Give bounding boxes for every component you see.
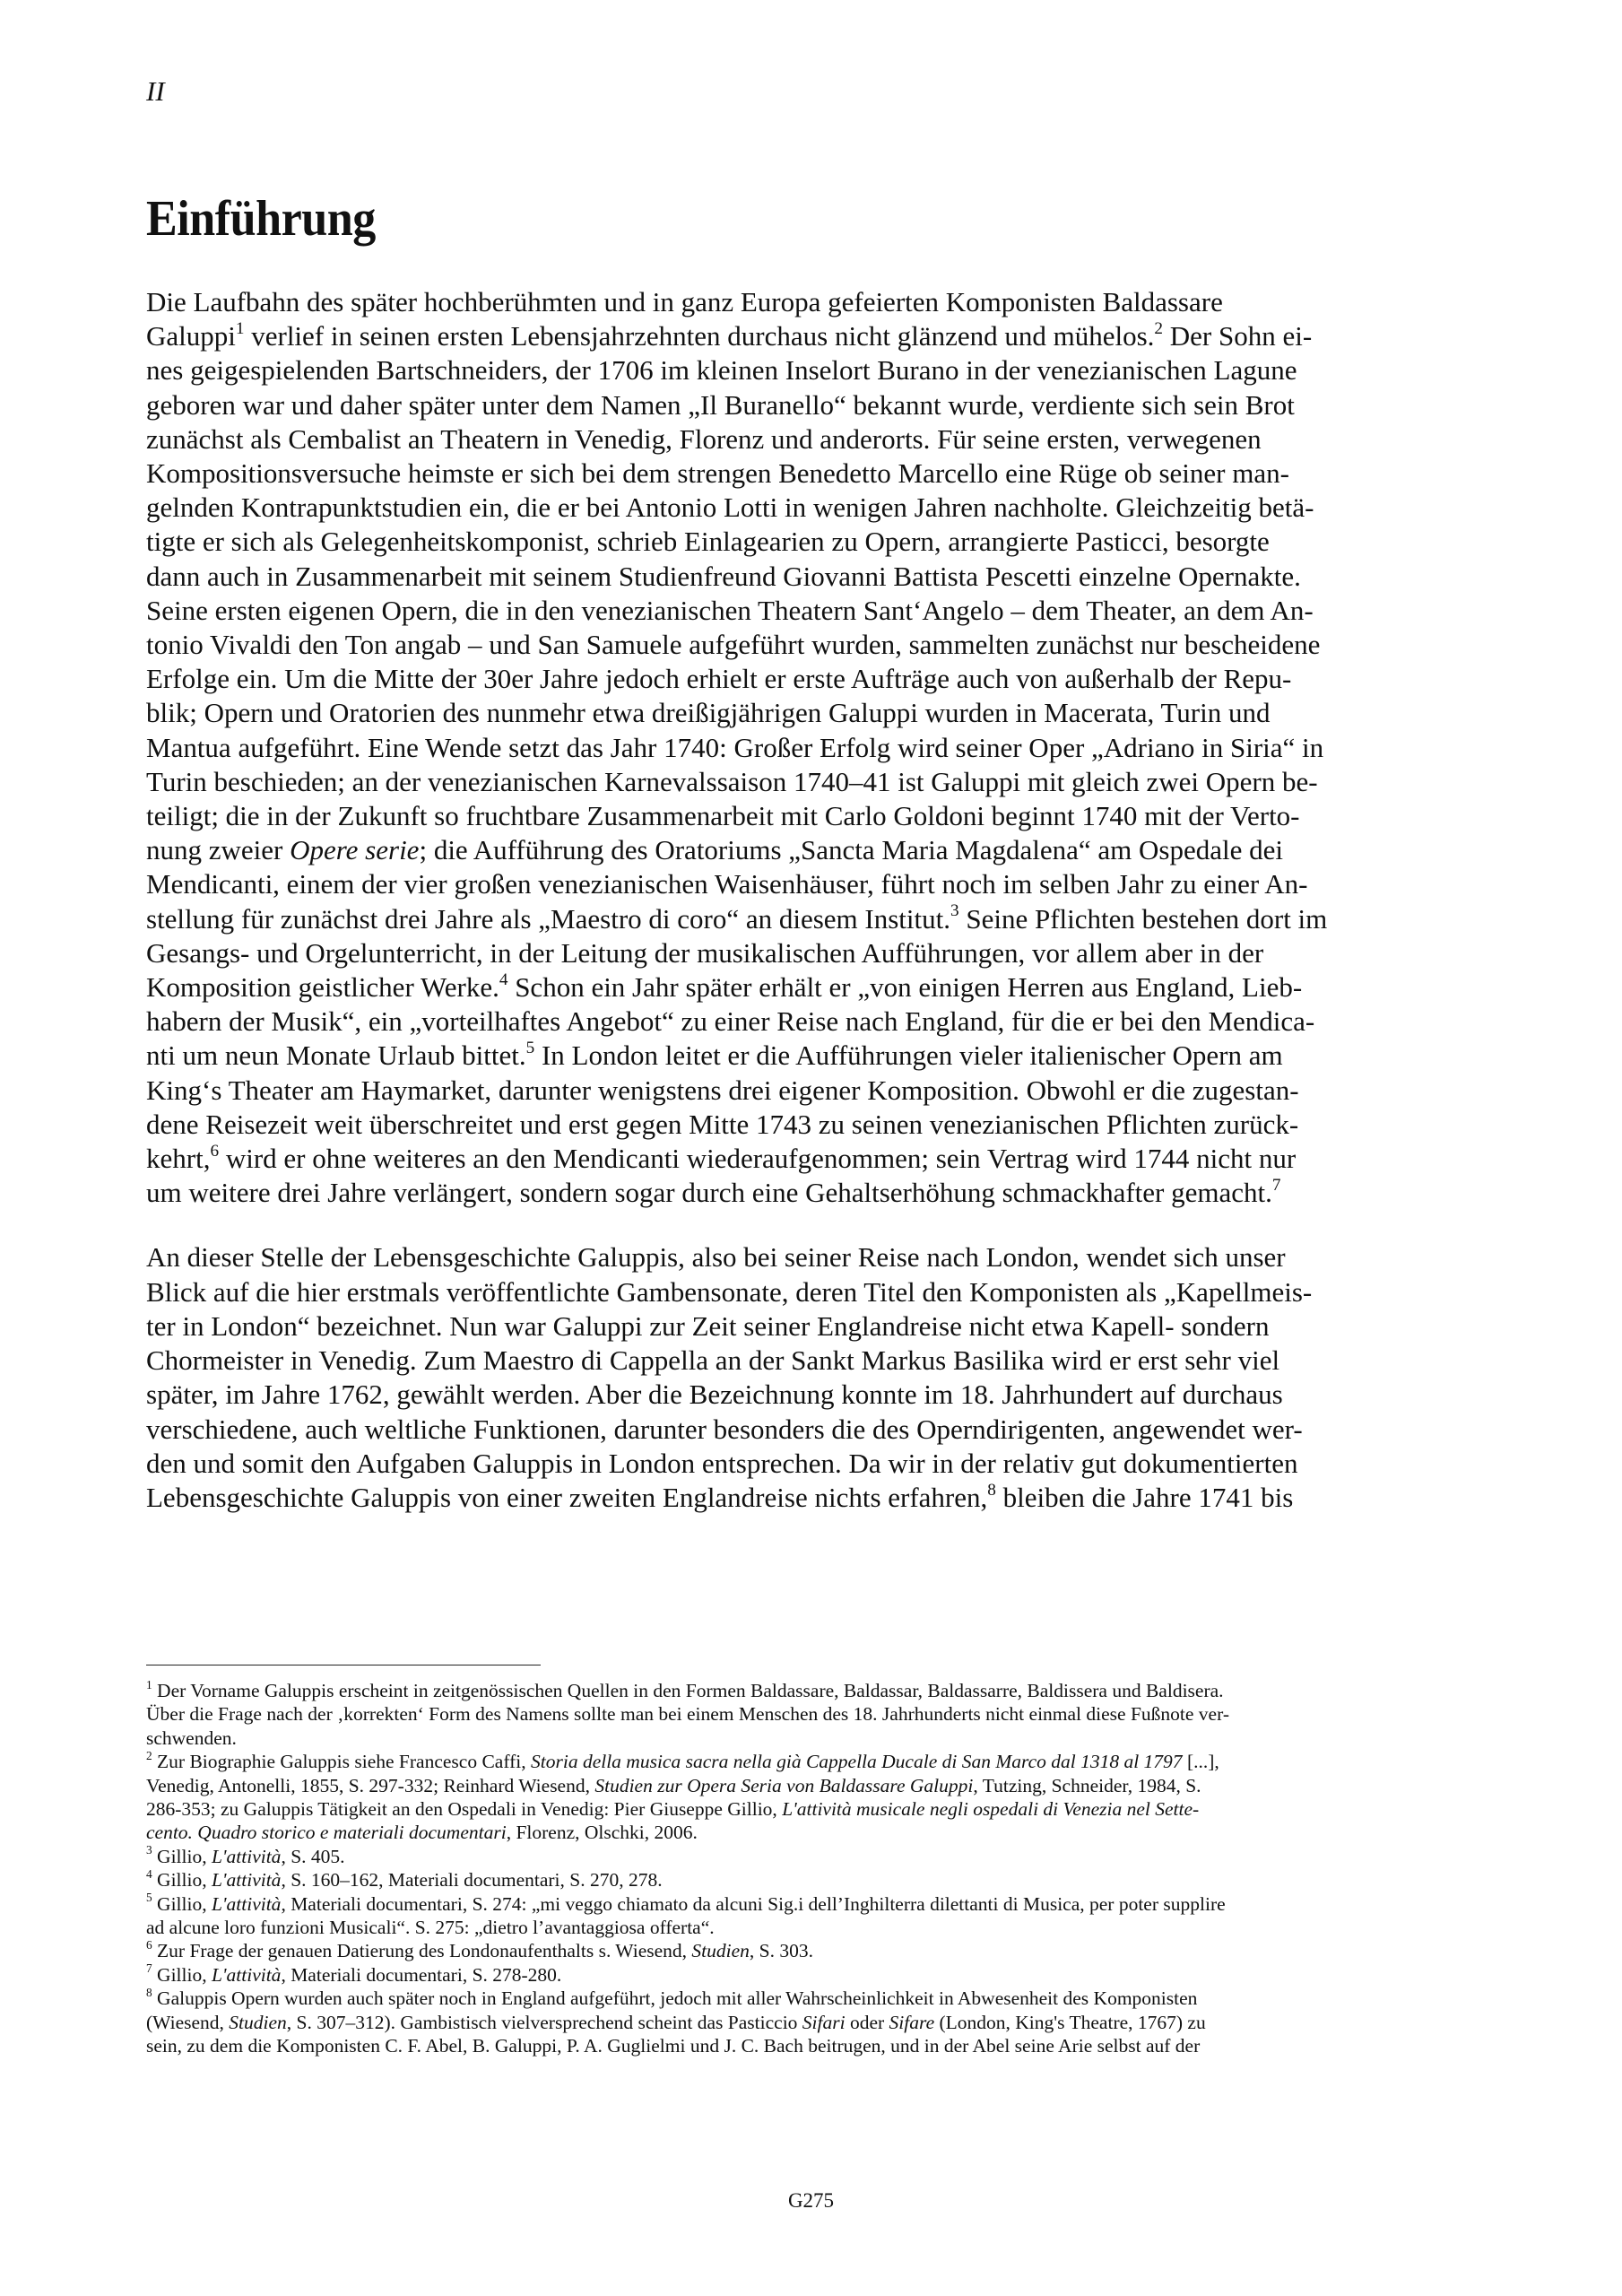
italic-text: Sifare — [889, 2012, 935, 2033]
footnote-separator — [146, 1665, 541, 1665]
italic-text: Studien — [229, 2012, 287, 2033]
text-line: King‘s Theater am Haymarket, darunter we… — [146, 1074, 1379, 1108]
text-line: um weitere drei Jahre verlängert, sonder… — [146, 1176, 1379, 1210]
footnote-1: 1 Der Vorname Galuppis erscheint in zeit… — [146, 1679, 1383, 1750]
footnote-reference[interactable]: 1 — [146, 1678, 152, 1692]
paragraph: Die Laufbahn des später hochberühmten un… — [146, 285, 1379, 1210]
text-line: Gesangs- und Orgelunterricht, in der Lei… — [146, 936, 1379, 970]
footnote-reference[interactable]: 3 — [146, 1843, 152, 1857]
text-line: Turin beschieden; an der venezianischen … — [146, 765, 1379, 799]
footnote-2: 2 Zur Biographie Galuppis siehe Francesc… — [146, 1750, 1383, 1845]
italic-text: Storia della musica sacra nella già Capp… — [531, 1751, 1183, 1772]
footnote-3: 3 Gillio, L'attività, S. 405. — [146, 1845, 1383, 1868]
footnote-reference[interactable]: 7 — [146, 1961, 152, 1975]
footnote-line: 7 Gillio, L'attività, Materiali document… — [146, 1963, 1383, 1987]
text-line: habern der Musik“, ein „vorteilhaftes An… — [146, 1004, 1379, 1039]
text-line: Erfolge ein. Um die Mitte der 30er Jahre… — [146, 662, 1379, 696]
italic-text: Studien — [691, 1940, 750, 1961]
italic-text: L'attività — [212, 1846, 281, 1867]
text-line: nti um neun Monate Urlaub bittet.5 In Lo… — [146, 1039, 1379, 1073]
footnote-reference[interactable]: 5 — [526, 1039, 535, 1057]
footnote-line: 4 Gillio, L'attività, S. 160–162, Materi… — [146, 1868, 1383, 1892]
text-line: nung zweier Opere serie; die Aufführung … — [146, 833, 1379, 867]
text-line: Blick auf die hier erstmals veröffentlic… — [146, 1275, 1379, 1309]
footnote-reference[interactable]: 5 — [146, 1891, 152, 1904]
text-line: geboren war und daher später unter dem N… — [146, 388, 1379, 422]
footnote-4: 4 Gillio, L'attività, S. 160–162, Materi… — [146, 1868, 1383, 1892]
footnote-reference[interactable]: 2 — [1154, 319, 1163, 338]
footnote-line: 2 Zur Biographie Galuppis siehe Francesc… — [146, 1750, 1383, 1773]
italic-text: cento. Quadro storico e materiali docume… — [146, 1822, 507, 1843]
footnote-line: 286-353; zu Galuppis Tätigkeit an den Os… — [146, 1797, 1383, 1821]
footnote-line: 3 Gillio, L'attività, S. 405. — [146, 1845, 1383, 1868]
footnote-line: 6 Zur Frage der genauen Datierung des Lo… — [146, 1939, 1383, 1962]
text-line: blik; Opern und Oratorien des nunmehr et… — [146, 696, 1379, 730]
text-line: tigte er sich als Gelegenheitskomponist,… — [146, 525, 1379, 559]
text-line: kehrt,6 wird er ohne weiteres an den Men… — [146, 1142, 1379, 1176]
footnote-reference[interactable]: 6 — [210, 1142, 219, 1161]
footnotes: 1 Der Vorname Galuppis erscheint in zeit… — [146, 1679, 1383, 2058]
text-line: dann auch in Zusammenarbeit mit seinem S… — [146, 560, 1379, 594]
footnote-reference[interactable]: 7 — [1272, 1176, 1281, 1195]
footnote-reference[interactable]: 4 — [146, 1867, 152, 1881]
footnote-reference[interactable]: 1 — [236, 319, 245, 338]
text-line: Seine ersten eigenen Opern, die in den v… — [146, 594, 1379, 628]
footnote-reference[interactable]: 2 — [146, 1749, 152, 1762]
footnote-line: ad alcune loro funzioni Musicali“. S. 27… — [146, 1916, 1383, 1939]
footnote-line: cento. Quadro storico e materiali docume… — [146, 1821, 1383, 1844]
footnote-reference[interactable]: 6 — [146, 1938, 152, 1952]
paragraph: An dieser Stelle der Lebensgeschichte Ga… — [146, 1240, 1379, 1515]
italic-text: Sifari — [802, 2012, 846, 2033]
text-line: stellung für zunächst drei Jahre als „Ma… — [146, 902, 1379, 936]
text-line: An dieser Stelle der Lebensgeschichte Ga… — [146, 1240, 1379, 1274]
text-line: ter in London“ bezeichnet. Nun war Galup… — [146, 1309, 1379, 1344]
text-line: Komposition geistlicher Werke.4 Schon ei… — [146, 970, 1379, 1004]
italic-text: L'attività — [212, 1964, 281, 1986]
italic-text: L'attività — [212, 1893, 281, 1915]
text-line: verschiedene, auch weltliche Funktionen,… — [146, 1413, 1379, 1447]
footnote-5: 5 Gillio, L'attività, Materiali document… — [146, 1892, 1383, 1940]
text-line: Mantua aufgeführt. Eine Wende setzt das … — [146, 731, 1379, 765]
footnote-line: 1 Der Vorname Galuppis erscheint in zeit… — [146, 1679, 1383, 1702]
italic-text: L'attività musicale negli ospedali di Ve… — [782, 1798, 1199, 1820]
body-text: Die Laufbahn des später hochberühmten un… — [146, 285, 1379, 1515]
text-line: Chormeister in Venedig. Zum Maestro di C… — [146, 1344, 1379, 1378]
footnote-line: 5 Gillio, L'attività, Materiali document… — [146, 1892, 1383, 1916]
italic-text: Studien zur Opera Seria von Baldassare G… — [594, 1775, 973, 1796]
footnote-7: 7 Gillio, L'attività, Materiali document… — [146, 1963, 1383, 1987]
page-number: G275 — [0, 2189, 1622, 2213]
text-line: zunächst als Cembalist an Theatern in Ve… — [146, 422, 1379, 457]
text-line: später, im Jahre 1762, gewählt werden. A… — [146, 1378, 1379, 1412]
footnote-line: 8 Galuppis Opern wurden auch später noch… — [146, 1987, 1383, 2010]
footnote-reference[interactable]: 8 — [146, 1986, 152, 1999]
footnote-reference[interactable]: 8 — [987, 1481, 996, 1500]
italic-text: L'attività — [212, 1869, 281, 1891]
italic-text: Opere serie — [290, 834, 419, 865]
text-line: den und somit den Aufgaben Galuppis in L… — [146, 1447, 1379, 1481]
footnote-line: schwenden. — [146, 1726, 1383, 1750]
text-line: dene Reisezeit weit überschreitet und er… — [146, 1108, 1379, 1142]
text-line: Lebensgeschichte Galuppis von einer zwei… — [146, 1481, 1379, 1515]
text-line: tonio Vivaldi den Ton angab – und San Sa… — [146, 628, 1379, 662]
page-title: Einführung — [146, 190, 376, 248]
text-line: nes geigespielenden Bartschneiders, der … — [146, 353, 1379, 387]
text-line: Mendicanti, einem der vier großen venezi… — [146, 867, 1379, 901]
footnote-reference[interactable]: 3 — [950, 901, 959, 920]
page-roman-numeral: II — [146, 75, 165, 108]
footnote-line: (Wiesend, Studien, S. 307–312). Gambisti… — [146, 2011, 1383, 2034]
footnote-line: Venedig, Antonelli, 1855, S. 297-332; Re… — [146, 1774, 1383, 1797]
text-line: Kompositionsversuche heimste er sich bei… — [146, 457, 1379, 491]
text-line: Die Laufbahn des später hochberühmten un… — [146, 285, 1379, 319]
text-line: teiligt; die in der Zukunft so fruchtbar… — [146, 799, 1379, 833]
text-line: Galuppi1 verlief in seinen ersten Lebens… — [146, 319, 1379, 353]
text-line: gelnden Kontrapunktstudien ein, die er b… — [146, 491, 1379, 525]
footnote-8: 8 Galuppis Opern wurden auch später noch… — [146, 1987, 1383, 2057]
footnote-reference[interactable]: 4 — [499, 970, 508, 989]
footnote-line: sein, zu dem die Komponisten C. F. Abel,… — [146, 2034, 1383, 2057]
footnote-6: 6 Zur Frage der genauen Datierung des Lo… — [146, 1939, 1383, 1962]
footnote-line: Über die Frage nach der ‚korrekten‘ Form… — [146, 1702, 1383, 1726]
